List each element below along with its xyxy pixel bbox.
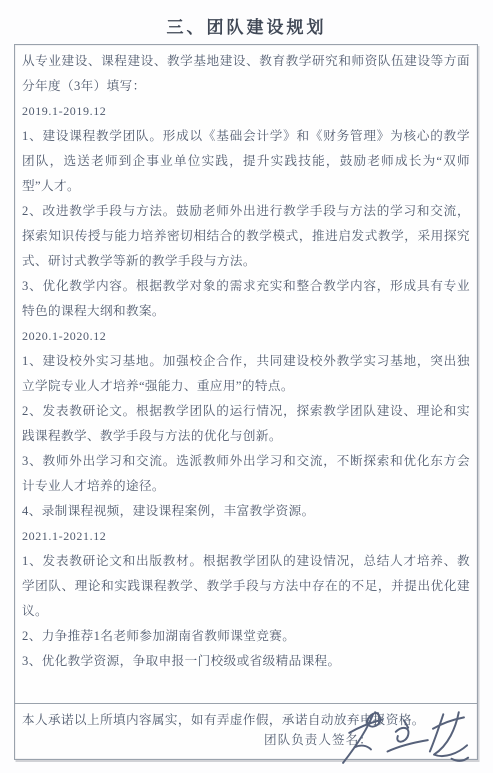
plan-item: 2、发表教研论文。根据教学团队的运行情况，探索教学团队建设、理论和实践课程教学、… xyxy=(22,399,470,449)
plan-content-area: 从专业建设、课程建设、教学基地建设、教育教学研究和师资队伍建设等方面分年度（3年… xyxy=(15,45,477,703)
plan-item: 2、改进教学手段与方法。鼓励老师外出进行教学手段与方法的学习和交流，探索知识传授… xyxy=(22,199,470,274)
scanned-form-page: { "page": { "title": "三、团队建设规划" }, "form… xyxy=(0,0,493,773)
plan-item: 1、建设课程教学团队。形成以《基础会计学》和《财务管理》为核心的教学团队，选送老… xyxy=(22,124,470,199)
signature-label: 团队负责人签名： xyxy=(22,730,470,751)
pledge-statement: 本人承诺以上所填内容属实，如有弄虚作假，承诺自动放弃申报资格。 xyxy=(22,710,470,730)
plan-item: 3、教师外出学习和交流。选派教师外出学习和交流，不断探索和优化东方会计专业人才培… xyxy=(22,449,470,499)
plan-item: 3、优化教学内容。根据教学对象的需求充实和整合教学内容，形成具有专业特色的课程大… xyxy=(22,274,470,324)
pledge-section: 本人承诺以上所填内容属实，如有弄虚作假，承诺自动放弃申报资格。 团队负责人签名： xyxy=(15,703,477,759)
period-2021: 2021.1-2021.12 xyxy=(22,524,470,549)
intro-instruction: 从专业建设、课程建设、教学基地建设、教育教学研究和师资队伍建设等方面分年度（3年… xyxy=(22,49,470,99)
page-title: 三、团队建设规划 xyxy=(0,0,493,43)
plan-item: 3、优化教学资源，争取申报一门校级或省级精品课程。 xyxy=(22,649,470,674)
period-2020: 2020.1-2020.12 xyxy=(22,324,470,349)
team-building-plan-box: 从专业建设、课程建设、教学基地建设、教育教学研究和师资队伍建设等方面分年度（3年… xyxy=(14,44,478,760)
plan-item: 1、发表教研论文和出版教材。根据教学团队的建设情况，总结人才培养、教学团队、理论… xyxy=(22,549,470,624)
plan-item: 1、建设校外实习基地。加强校企合作，共同建设校外教学实习基地，突出独立学院专业人… xyxy=(22,349,470,399)
plan-item: 4、录制课程视频，建设课程案例，丰富教学资源。 xyxy=(22,499,470,524)
period-2019: 2019.1-2019.12 xyxy=(22,99,470,124)
plan-item: 2、力争推荐1名老师参加湖南省教师课堂竞赛。 xyxy=(22,624,470,649)
